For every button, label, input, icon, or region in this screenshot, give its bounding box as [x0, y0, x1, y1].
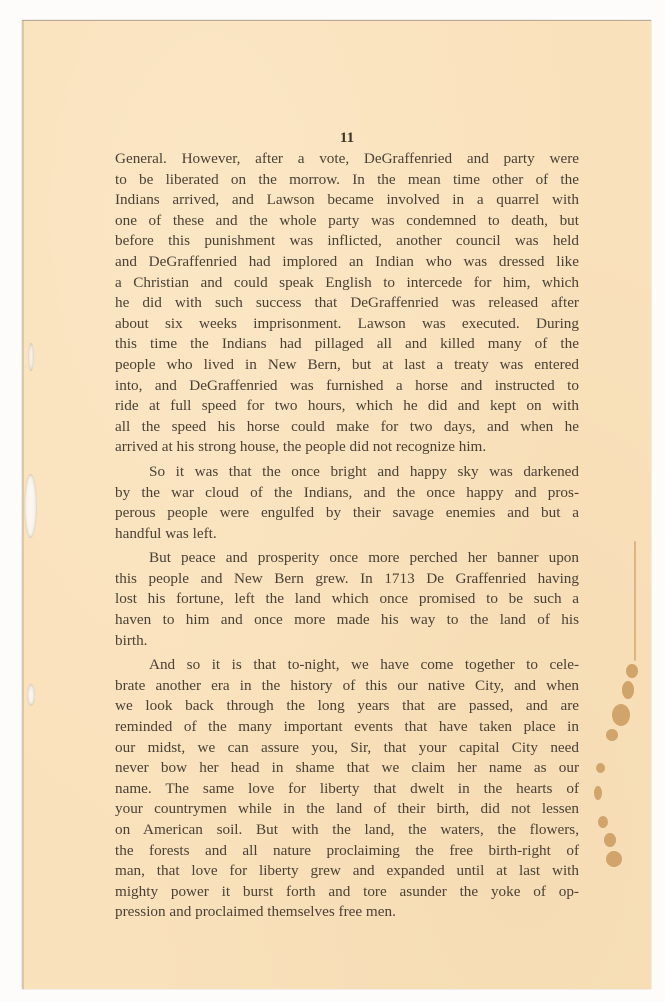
paragraph-1: General. However, after a vote, DeGraffe… — [115, 149, 579, 458]
text-line: never bow her head in shame that we clai… — [115, 758, 579, 779]
text-line: all the speed his horse could make for t… — [115, 417, 579, 438]
text-line: our midst, we can assure you, Sir, that … — [115, 738, 579, 759]
text-line: perous people were engulfed by their sav… — [115, 503, 579, 524]
binding-hole-top — [28, 343, 34, 371]
text-line: ride at full speed for two hours, which … — [115, 396, 579, 417]
text-line: he did with such success that DeGraffenr… — [115, 293, 579, 314]
stain-thread — [634, 541, 636, 661]
page-text: 11 General. However, after a vote, DeGra… — [115, 128, 579, 923]
paragraph-3: But peace and prosperity once more perch… — [115, 548, 579, 651]
binding-hole-bottom — [27, 684, 35, 706]
text-line: one of these and the whole party was con… — [115, 211, 579, 232]
text-line: So it was that the once bright and happy… — [115, 462, 579, 483]
text-line: brate another era in the history of this… — [115, 676, 579, 697]
text-line: this time the Indians had pillaged all a… — [115, 334, 579, 355]
paragraph-2: So it was that the once bright and happy… — [115, 462, 579, 544]
text-line: Indians arrived, and Lawson became invol… — [115, 190, 579, 211]
stain-spot — [612, 704, 630, 726]
stain-spot — [626, 664, 638, 678]
text-line: into, and DeGraffenried was furnished a … — [115, 376, 579, 397]
stain-spot — [596, 763, 605, 773]
text-line: haven to him and once more made his way … — [115, 610, 579, 631]
stain-spot — [594, 786, 602, 800]
text-line: And so it is that to-night, we have come… — [115, 655, 579, 676]
text-line: we look back through the long years that… — [115, 696, 579, 717]
text-line: man, that love for liberty grew and expa… — [115, 861, 579, 882]
text-line: lost his fortune, left the land which on… — [115, 589, 579, 610]
text-line: a Christian and could speak English to i… — [115, 273, 579, 294]
text-line: the forests and all nature proclaiming t… — [115, 841, 579, 862]
stain-spot — [606, 729, 618, 741]
stain-spot — [604, 833, 616, 847]
text-line: this people and New Bern grew. In 1713 D… — [115, 569, 579, 590]
text-line: about six weeks imprisonment. Lawson was… — [115, 314, 579, 335]
text-line: arrived at his strong house, the people … — [115, 437, 579, 458]
page-number: 11 — [115, 128, 579, 148]
text-line: handful was left. — [115, 524, 579, 545]
text-line: birth. — [115, 631, 579, 652]
text-line: General. However, after a vote, DeGraffe… — [115, 149, 579, 170]
text-line: mighty power it burst forth and tore asu… — [115, 882, 579, 903]
text-line: pression and proclaimed themselves free … — [115, 902, 579, 923]
stain-spot — [598, 816, 608, 828]
text-line: But peace and prosperity once more perch… — [115, 548, 579, 569]
text-line: before this punishment was inflicted, an… — [115, 231, 579, 252]
text-line: by the war cloud of the Indians, and the… — [115, 483, 579, 504]
text-line: your countrymen while in the land of the… — [115, 799, 579, 820]
text-line: people who lived in New Bern, but at las… — [115, 355, 579, 376]
stain-spot — [606, 851, 622, 867]
text-line: on American soil. But with the land, the… — [115, 820, 579, 841]
text-line: name. The same love for liberty that dwe… — [115, 779, 579, 800]
text-line: and DeGraffenried had implored an Indian… — [115, 252, 579, 273]
stain-spot — [622, 681, 634, 699]
scanned-page-view: 11 General. However, after a vote, DeGra… — [0, 0, 665, 1002]
binding-hole-middle — [24, 474, 37, 538]
text-line: reminded of the many important events th… — [115, 717, 579, 738]
paragraph-4: And so it is that to-night, we have come… — [115, 655, 579, 923]
text-line: to be liberated on the morrow. In the me… — [115, 170, 579, 191]
book-page: 11 General. However, after a vote, DeGra… — [22, 20, 651, 989]
